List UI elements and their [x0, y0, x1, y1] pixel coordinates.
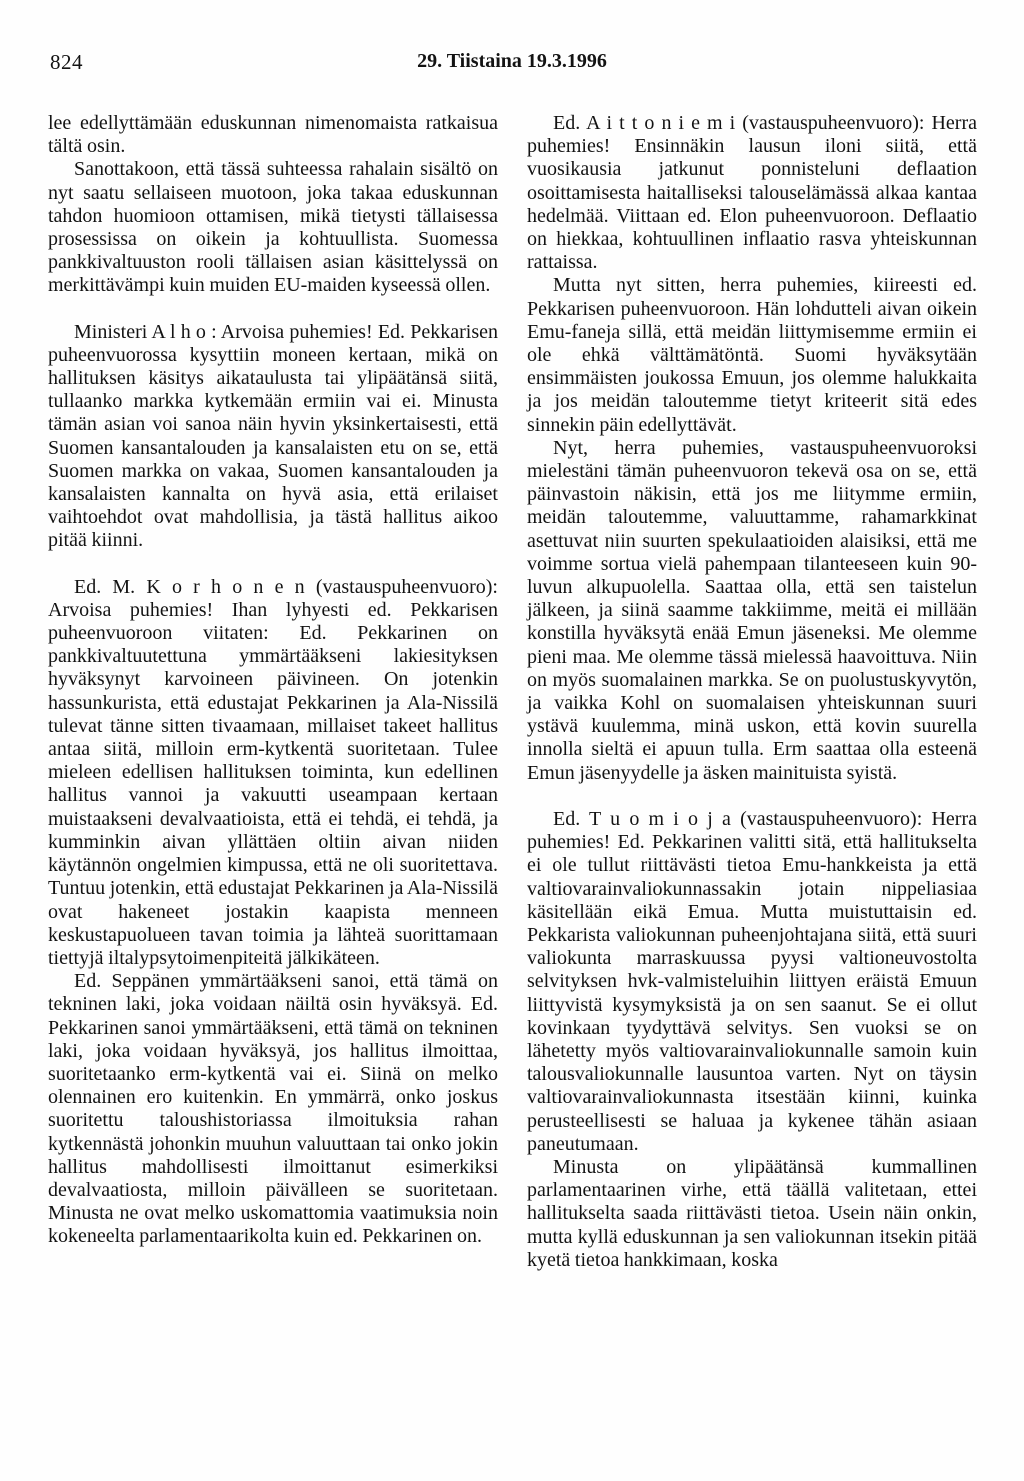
document-page: 824 29. Tiistaina 19.3.1996 lee edellytt… [0, 0, 1024, 1481]
paragraph: Ministeri A l h o : Arvoisa puhemies! Ed… [48, 321, 498, 553]
paragraph: lee edellyttämään eduskunnan nimenomaist… [48, 112, 498, 158]
header-title: 29. Tiistaina 19.3.1996 [48, 50, 976, 73]
page-header: 824 29. Tiistaina 19.3.1996 [48, 50, 976, 80]
text-columns: lee edellyttämään eduskunnan nimenomaist… [48, 112, 976, 1272]
paragraph: Ed. A i t t o n i e m i (vastauspuheenvu… [527, 112, 977, 274]
column-right: Ed. A i t t o n i e m i (vastauspuheenvu… [527, 112, 977, 1272]
paragraph: Ed. Seppänen ymmärtääkseni sanoi, että t… [48, 970, 498, 1248]
paragraph: Mutta nyt sitten, herra puhemies, kiiree… [527, 274, 977, 436]
paragraph: Ed. M. K o r h o n e n (vastauspuheenvuo… [48, 576, 498, 970]
paragraph: Nyt, herra puhemies, vastauspuheenvuorok… [527, 437, 977, 785]
column-left: lee edellyttämään eduskunnan nimenomaist… [48, 112, 498, 1272]
paragraph: Minusta on ylipäätänsä kummallinen parla… [527, 1156, 977, 1272]
paragraph: Sanottakoon, että tässä suhteessa rahala… [48, 158, 498, 297]
paragraph: Ed. T u o m i o j a (vastauspuheenvuoro)… [527, 808, 977, 1156]
